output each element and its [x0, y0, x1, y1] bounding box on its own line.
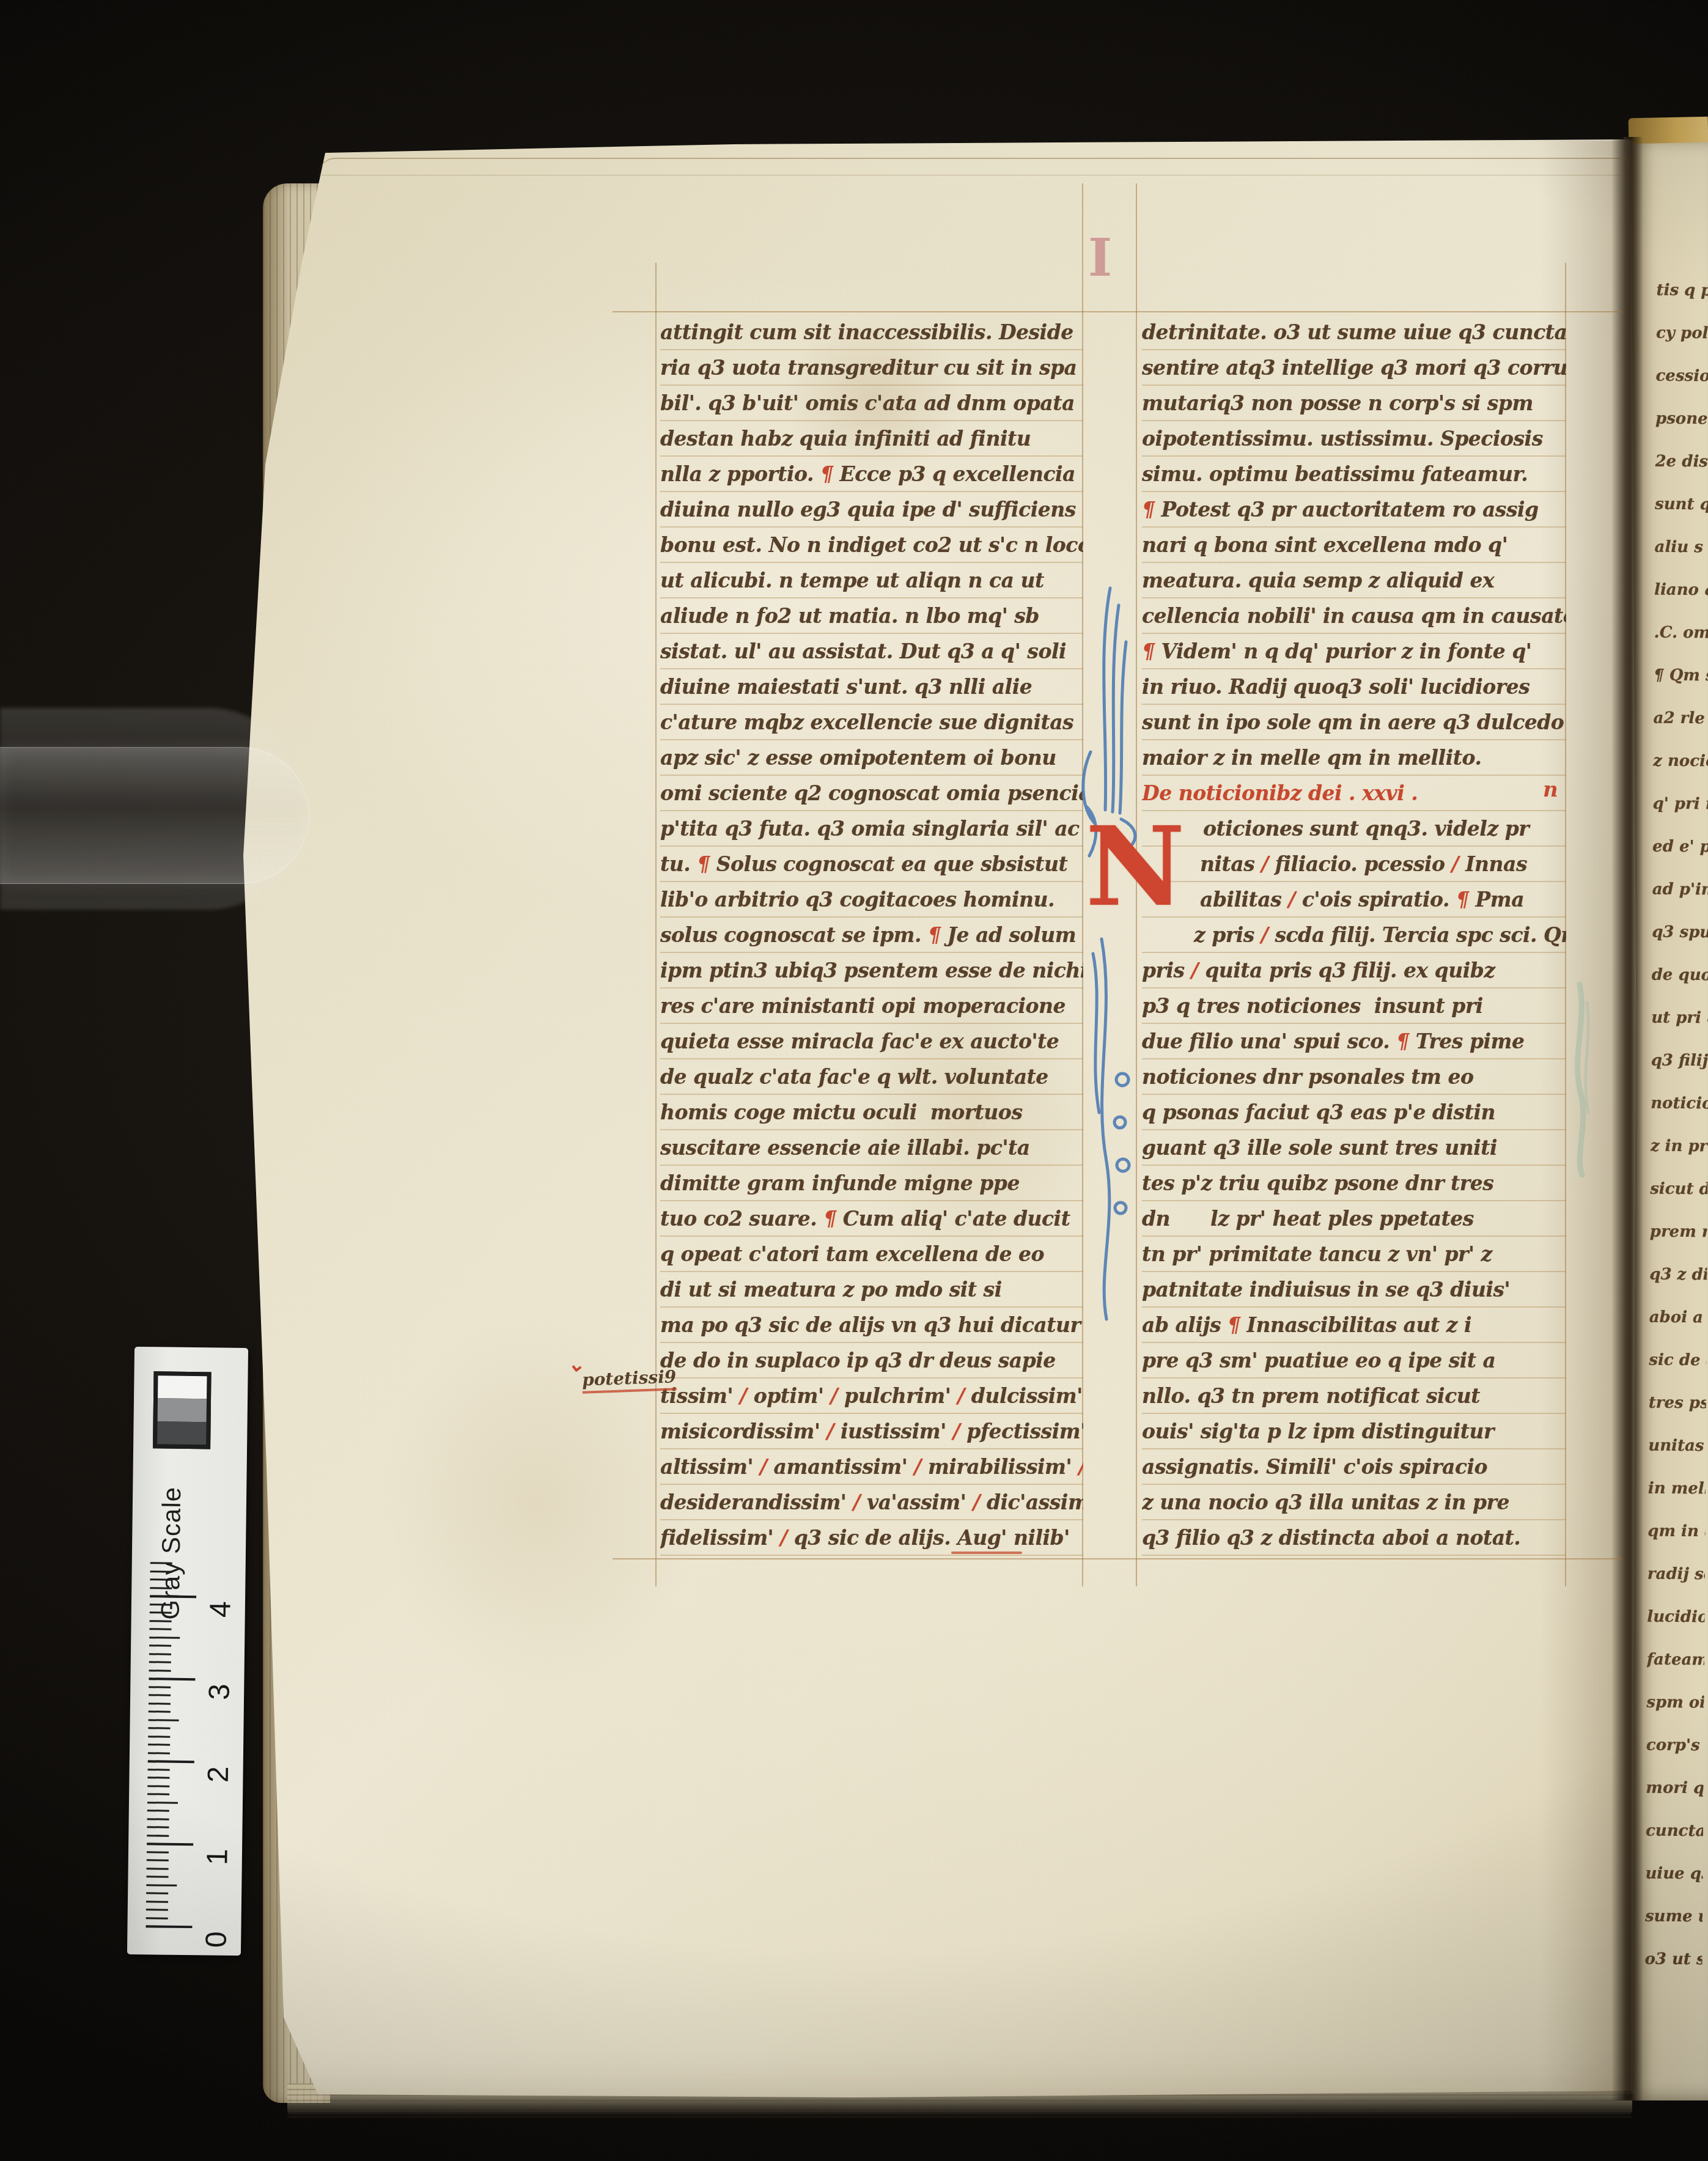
- text-line: attingit cum sit inaccessibilis. Deside: [660, 315, 1083, 350]
- text-line: corp's si: [1646, 1724, 1704, 1767]
- ruler-tick: [150, 1620, 172, 1622]
- text-line: ipm ptin3 ubiq3 psentem esse de nichilo: [660, 953, 1083, 988]
- text-line: sunt q3t: [1655, 483, 1708, 526]
- text-line: sentire atq3 intellige q3 mori q3 corrup…: [1142, 350, 1566, 386]
- ruler-number: 1: [201, 1828, 235, 1866]
- ruler-tick: [147, 1868, 169, 1869]
- ruler-number: 4: [204, 1581, 238, 1618]
- ruler-tick: [147, 1776, 169, 1778]
- ruler-tick: [148, 1752, 170, 1754]
- ruler-tick: [149, 1644, 171, 1646]
- text-line: p'tita q3 futa. q3 omia singlaria sil' a…: [660, 811, 1083, 847]
- text-line: unitas z: [1648, 1424, 1706, 1468]
- text-line: p3 q tres noticiones insunt pri: [1142, 988, 1566, 1024]
- text-line: ouis' sig'ta p lz ipm distinguitur: [1142, 1414, 1566, 1449]
- ruler-tick: [147, 1826, 169, 1828]
- ruler-tick: [150, 1570, 172, 1572]
- text-line: noticio: [1651, 1082, 1708, 1125]
- text-line: sume un: [1645, 1895, 1702, 1938]
- ruler-tick: [148, 1736, 170, 1737]
- text-line: meatura. quia semp z aliquid ex: [1142, 563, 1566, 598]
- text-line: bonu est. No n indiget co2 ut s'c n loco: [660, 528, 1083, 563]
- text-line: nllo. q3 tn prem notificat sicut: [1142, 1379, 1566, 1414]
- ruler-tick: [147, 1851, 169, 1853]
- text-line: oticiones sunt qnq3. videlz pr: [1142, 811, 1566, 847]
- gray-patch: [157, 1421, 206, 1445]
- text-line: 2e dist: [1655, 440, 1708, 484]
- gray-patch: [158, 1375, 207, 1399]
- text-line: uiue q3: [1645, 1852, 1702, 1896]
- text-line: cellencia nobili' in causa qm in causato…: [1142, 598, 1566, 634]
- text-line: solus cognoscat se ipm. ¶ Je ad solum: [660, 918, 1083, 953]
- ruler-tick: [150, 1562, 172, 1564]
- text-line: qm in ae: [1647, 1510, 1705, 1553]
- text-line: abilitas / c'ois spiratio. ¶ Pma: [1142, 882, 1566, 918]
- text-line: ¶ Potest q3 pr auctoritatem ro assig: [1142, 492, 1566, 528]
- top-ruling-line: [613, 311, 1622, 312]
- text-line: in melle: [1648, 1467, 1706, 1511]
- rubric-side-mark: n: [1543, 778, 1558, 802]
- text-line: diuine maiestati s'unt. q3 nlli alie: [660, 669, 1083, 705]
- text-line: tuo co2 suare. ¶ Cum aliq' c'ate ducit: [660, 1201, 1083, 1237]
- text-line: de qualz c'ata fac'e q wlt. voluntate: [660, 1059, 1083, 1095]
- text-line: due filio una' spui sco. ¶ Tres pime: [1142, 1024, 1566, 1059]
- ruler-tick: [146, 1901, 168, 1902]
- text-line: guant q3 ille sole sunt tres uniti: [1142, 1130, 1566, 1166]
- ruler-tick: [147, 1818, 169, 1820]
- ruler-tick: [147, 1793, 169, 1795]
- ruler-tick: [149, 1677, 195, 1681]
- text-line: mutariq3 non posse n corp's si spm: [1142, 386, 1566, 421]
- ruler-ticks: 01234: [134, 1347, 248, 1348]
- text-line: noticiones dnr psonales tm eo: [1142, 1059, 1566, 1095]
- ruler-tick: [148, 1743, 170, 1745]
- transparent-holding-clip: [0, 747, 309, 884]
- text-line: lib'o arbitrio q3 cogitacoes hominu.: [660, 882, 1083, 918]
- text-line: nari q bona sint excellena mdo q': [1142, 528, 1566, 563]
- text-line: mori q3: [1646, 1767, 1703, 1810]
- ruler-tick: [149, 1710, 171, 1712]
- text-line: apz sic' z esse omipotentem oi bonu: [660, 740, 1083, 776]
- text-line: psone su: [1655, 397, 1708, 441]
- ruler-tick: [149, 1628, 171, 1630]
- text-line: prem no: [1650, 1210, 1707, 1254]
- text-line: q3 filij: [1651, 1039, 1708, 1083]
- text-line: sunt in ipo sole qm in aere q3 dulcedo: [1142, 705, 1566, 740]
- text-line: desiderandissim' / va'assim' / dic'assim…: [660, 1485, 1083, 1520]
- text-line: ria q3 uota transgreditur cu sit in spa: [660, 350, 1083, 386]
- text-line: bil'. q3 b'uit' omis c'ata ad dnm opata: [660, 386, 1083, 421]
- ruler-tick: [149, 1686, 171, 1688]
- ruler-tick: [150, 1603, 172, 1605]
- ruler-tick: [149, 1670, 171, 1671]
- ruler-tick: [149, 1636, 180, 1639]
- text-line: spm oi: [1646, 1681, 1704, 1725]
- red-underline: [951, 1552, 1022, 1554]
- ruler-tick: [147, 1809, 169, 1811]
- bottom-ruling-line: [613, 1558, 1622, 1559]
- text-line: z in pre: [1651, 1125, 1708, 1168]
- ruler-tick: [146, 1917, 168, 1919]
- folio-number-stamp: I: [1088, 227, 1112, 288]
- text-line: nlla z pportio. ¶ Ecce p3 q excellencia: [660, 457, 1083, 492]
- ruler-label: Gray Scale: [155, 1452, 190, 1654]
- marginal-note: potetissi9: [581, 1366, 676, 1390]
- text-line: de quo n: [1651, 954, 1708, 997]
- text-line: o3 ut si: [1644, 1938, 1702, 1981]
- text-line: destan habz quia infiniti ad finitu: [660, 421, 1083, 457]
- text-line: detrinitate. o3 ut sume uiue q3 cuncta: [1142, 315, 1566, 350]
- ruler-tick: [150, 1578, 172, 1580]
- text-line: q3 z dis: [1649, 1253, 1707, 1297]
- decorated-initial: N: [1083, 806, 1187, 937]
- left-text-column: attingit cum sit inaccessibilis. Desider…: [660, 315, 1083, 1557]
- ruler-number: 2: [202, 1746, 236, 1783]
- text-line: a2 rle: [1653, 697, 1708, 740]
- ruler-tick: [146, 1876, 168, 1877]
- grayscale-patches: [153, 1371, 212, 1449]
- text-line: pre q3 sm' puatiue eo q ipe sit a: [1142, 1343, 1566, 1379]
- text-line: ed e' pn: [1652, 825, 1708, 869]
- text-line: radij so: [1647, 1553, 1705, 1596]
- ruler-tick: [146, 1892, 168, 1894]
- ruler-tick: [147, 1859, 169, 1861]
- text-line: fateam: [1647, 1638, 1704, 1682]
- text-line: sicut d: [1650, 1168, 1707, 1211]
- ruler-tick: [148, 1769, 170, 1770]
- text-line: fidelissim' / q3 sic de alijs. Aug' nili…: [660, 1520, 1083, 1556]
- text-line: altissim' / amantissim' / mirabilissim' …: [660, 1449, 1083, 1485]
- text-line: dimitte gram infunde migne ppe: [660, 1166, 1083, 1201]
- ruler-tick: [148, 1727, 170, 1729]
- ruler-tick: [147, 1785, 169, 1787]
- ruler-tick: [149, 1719, 179, 1721]
- ruler-tick: [146, 1909, 168, 1910]
- text-line: misicordissim' / iustissim' / pfectissim…: [660, 1414, 1083, 1449]
- gray-patch: [158, 1399, 207, 1422]
- text-line: ¶ Qm s: [1654, 654, 1708, 698]
- text-line: .C. om9: [1654, 611, 1708, 655]
- rubric-line: De noticionibz dei . xxvi .: [1142, 776, 1566, 811]
- text-line: z pris / scda filij. Tercia spc sci. Qrt…: [1142, 918, 1566, 953]
- ruler-tick: [147, 1835, 169, 1836]
- text-line: diuina nullo eg3 quia ipe d' sufficiens: [660, 492, 1083, 528]
- text-line: aliu s: [1654, 526, 1708, 569]
- text-line: ut alicubi. n tempe ut aliqn n ca ut: [660, 563, 1083, 598]
- ruler-tick: [149, 1703, 171, 1704]
- ruler-tick: [147, 1802, 178, 1804]
- text-line: aliude n fo2 ut matia. n lbo mq' sb: [660, 598, 1083, 634]
- text-line: omi sciente q2 cognoscat omia psencia: [660, 776, 1083, 811]
- text-line: c'ature mqbz excellencie sue dignitas: [660, 705, 1083, 740]
- text-line: cuncta s: [1646, 1809, 1703, 1853]
- text-line: tn pr' primitate tancu z vn' pr' z: [1142, 1237, 1566, 1272]
- text-line: tu. ¶ Solus cognoscat ea que sbsistut: [660, 847, 1083, 882]
- ruler-tick: [149, 1694, 171, 1696]
- text-line: q psonas faciut q3 eas p'e distin: [1142, 1095, 1566, 1130]
- text-line: cy poles: [1656, 312, 1708, 355]
- text-line: q' pri nu: [1652, 782, 1708, 826]
- text-line: patnitate indiuisus in se q3 diuis': [1142, 1272, 1566, 1308]
- text-line: ab alijs ¶ Innascibilitas aut z i: [1142, 1308, 1566, 1343]
- text-line: dn lz pr' heat ples ppetates: [1142, 1201, 1566, 1237]
- text-line: q3 spu s: [1652, 911, 1708, 954]
- text-line: homis coge mictu oculi mortuos: [660, 1095, 1083, 1130]
- manuscript-photo: tis q pcy polescessio q3psone su2e dists…: [0, 0, 1708, 2161]
- text-line: suscitare essencie aie illabi. pc'ta: [660, 1130, 1083, 1166]
- text-line: tres ps: [1649, 1382, 1706, 1425]
- right-text-column: detrinitate. o3 ut sume uiue q3 cunctase…: [1142, 315, 1566, 1557]
- text-line: di ut si meatura z po mdo sit si: [660, 1272, 1083, 1308]
- text-line: oipotentissimu. ustissimu. Speciosis: [1142, 421, 1566, 457]
- text-line: liano q: [1654, 569, 1708, 612]
- text-line: ma po q3 sic de alijs vn q3 hui dicatur: [660, 1308, 1083, 1343]
- text-line: tis q p: [1656, 269, 1708, 312]
- ruler-tick: [150, 1611, 172, 1613]
- text-line: ¶ Videm' n q dq' purior z in fonte q': [1142, 634, 1566, 669]
- text-line: aboi a n: [1649, 1296, 1707, 1339]
- ruler-tick: [145, 1925, 192, 1928]
- text-line: tissim' / optim' / pulchrim' / dulcissim…: [660, 1379, 1083, 1414]
- text-line: res c'are ministanti opi moperacione: [660, 988, 1083, 1024]
- text-line: z nocio: [1653, 740, 1708, 783]
- text-line: sic de a: [1649, 1339, 1706, 1382]
- text-line: quieta esse miracla fac'e ex aucto'te: [660, 1024, 1083, 1059]
- text-line: lucidio: [1647, 1596, 1704, 1639]
- text-line: z una nocio q3 illa unitas z in pre: [1142, 1485, 1566, 1520]
- pen-flourish-decoration: [1062, 550, 1191, 1382]
- text-line: q3 filio q3 z distincta aboi a notat.: [1142, 1520, 1566, 1556]
- text-line: simu. optimu beatissimu fateamur.: [1142, 457, 1566, 492]
- ruler-tick: [147, 1843, 193, 1846]
- ruler-tick: [148, 1760, 194, 1763]
- ruler-tick: [150, 1587, 172, 1589]
- ruler-number: 0: [200, 1911, 234, 1948]
- ruler-tick: [146, 1884, 177, 1887]
- ruler-tick: [149, 1653, 171, 1655]
- text-line: q opeat c'atori tam excellena de eo: [660, 1237, 1083, 1272]
- text-line: tes p'z triu quibz psone dnr tres: [1142, 1166, 1566, 1201]
- gray-scale-ruler: Gray Scale 01234: [127, 1347, 248, 1956]
- text-line: assignatis. Simili' c'ois spiracio: [1142, 1449, 1566, 1485]
- top-edge-crease: [318, 158, 1626, 175]
- text-line: maior z in melle qm in mellito.: [1142, 740, 1566, 776]
- green-ink-smudge: [1563, 978, 1599, 1180]
- text-line: sistat. ul' au assistat. Dut q3 a q' sol…: [660, 634, 1083, 669]
- text-line: cessio q3: [1655, 355, 1708, 398]
- text-line: ad p'im: [1652, 868, 1708, 911]
- ruler-number: 3: [203, 1663, 237, 1701]
- text-line: nitas / filiacio. pcessio / Innas: [1142, 847, 1566, 882]
- text-line: de do in suplaco ip q3 dr deus sapie: [660, 1343, 1083, 1379]
- ruler-tick: [149, 1661, 171, 1663]
- text-line: pris / quita pris q3 filij. ex quibz: [1142, 953, 1566, 988]
- text-line: ut pri q: [1651, 996, 1708, 1040]
- text-line: in riuo. Radij quoq3 soli' lucidiores: [1142, 669, 1566, 705]
